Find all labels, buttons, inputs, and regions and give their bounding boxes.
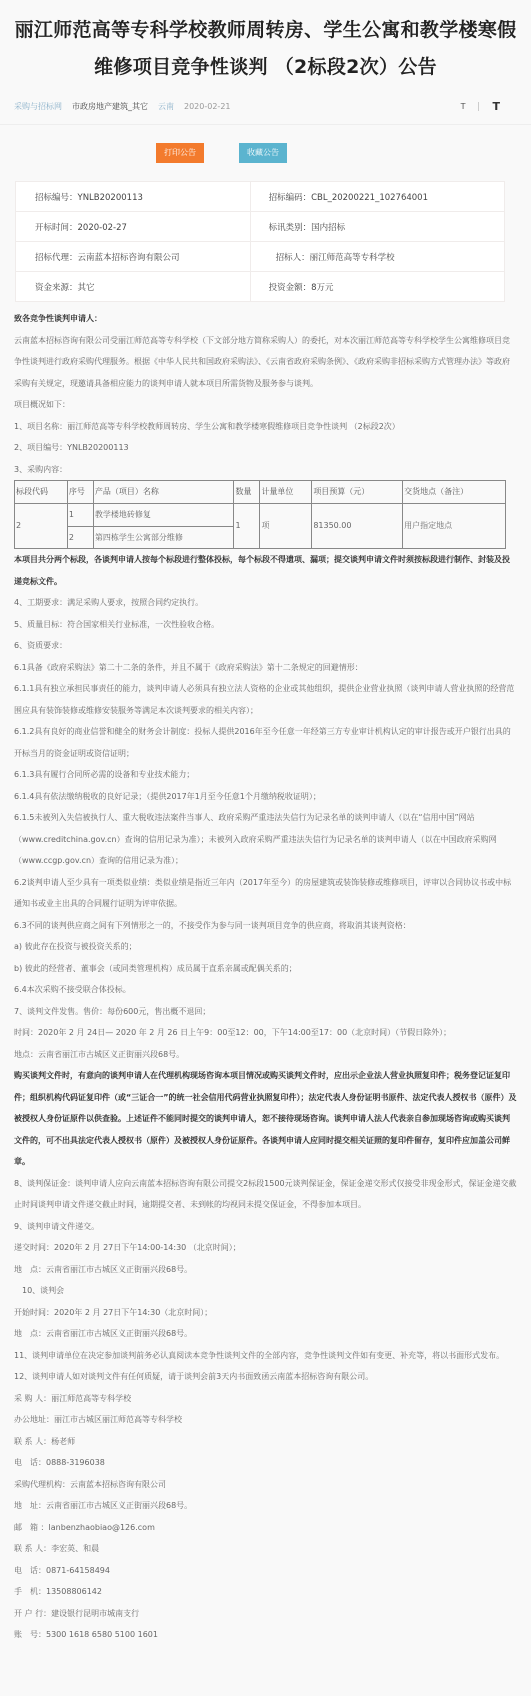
qualification-6-1-2: 6.1.2具有良好的商业信誉和健全的财务会计制度：投标人提供2016年至今任意一…	[14, 721, 517, 764]
tenderer: 招标人：丽江师范高等专科学校	[250, 242, 504, 272]
location-cell: 用户指定地点	[403, 504, 506, 549]
project-name: 1、项目名称：丽江师范高等专科学校教师周转房、学生公寓和教学楼寒假维修项目竞争性…	[14, 416, 517, 438]
meeting-time: 开始时间：2020年 2 月 27日下午14:30（北京时间）；	[14, 1302, 517, 1324]
page-title: 丽江师范高等专科学校教师周转房、学生公寓和教学楼寒假维修项目竞争性谈判 （2标段…	[14, 0, 517, 86]
purchaser: 采 购 人：丽江师范高等专科学校	[14, 1388, 517, 1410]
procurement-table: 标段代码 序号 产品（项目）名称 数量 计量单位 项目预算（元） 交货地点（备注…	[14, 480, 506, 549]
column-header: 序号	[67, 481, 93, 504]
submission-place: 地 点：云南省丽江市古城区义正街丽兴段68号。	[14, 1259, 517, 1281]
bid-type: 标讯类别：国内招标	[250, 212, 504, 242]
bid-number: 招标编号：YNLB20200113	[16, 182, 251, 212]
notice-12: 12、谈判申请人如对谈判文件有任何质疑，请于谈判会前3天内书面致函云南蓝本招标咨…	[14, 1366, 517, 1388]
favorite-button[interactable]: 收藏公告	[239, 143, 287, 163]
project-number: 2、项目编号：YNLB20200113	[14, 437, 517, 459]
print-button[interactable]: 打印公告	[156, 143, 204, 163]
table-row: 2 1 教学楼地砖修复 1 项 81350.00 用户指定地点	[15, 504, 506, 527]
qualification-6-1: 6.1具备《政府采购法》第二十二条的条件，并且不属于《政府采购法》第十二条规定的…	[14, 657, 517, 679]
fund-source: 资金来源：其它	[16, 272, 251, 302]
category-label[interactable]: 市政房地产建筑_其它	[72, 101, 148, 112]
qualification-6-1-3: 6.1.3具有履行合同所必需的设备和专业技术能力；	[14, 764, 517, 786]
office-address: 办公地址：丽江市古城区丽江师范高等专科学校	[14, 1409, 517, 1431]
column-header: 产品（项目）名称	[93, 481, 234, 504]
sale-time: 时间：2020年 2 月 24日— 2020 年 2 月 26 日上午9：00至…	[14, 1022, 517, 1044]
publish-date: 2020-02-21	[184, 102, 231, 111]
item-name-cell: 教学楼地砖修复	[93, 504, 234, 527]
font-small-icon[interactable]: T	[458, 102, 469, 111]
greeting: 致各竞争性谈判申请人：	[14, 308, 517, 330]
unit-cell: 项	[260, 504, 312, 549]
agency-contact: 联 系 人：李宏英、和晨	[14, 1538, 517, 1560]
submission-heading: 9、谈判申请文件递交。	[14, 1216, 517, 1238]
qualification-6-4: 6.4本次采购不接受联合体投标。	[14, 979, 517, 1001]
bid-code: 招标编码：CBL_20200221_102764001	[250, 182, 504, 212]
quality-target: 5、质量目标：符合国家相关行业标准，一次性验收合格。	[14, 614, 517, 636]
deposit: 8、谈判保证金：谈判申请人应向云南蓝本招标咨询有限公司提交2标段1500元谈判保…	[14, 1173, 517, 1216]
intro-paragraph: 云南蓝本招标咨询有限公司受丽江师范高等专科学校（下文部分地方简称采购人）的委托，…	[14, 330, 517, 395]
document-sale: 7、谈判文件发售。售价：每份600元，售出概不退回；	[14, 1001, 517, 1023]
account-number: 账 号：5300 1618 6580 5100 1601	[14, 1624, 517, 1646]
font-size-tools: T T	[458, 100, 513, 113]
quantity-cell: 1	[234, 504, 260, 549]
qualification-6-3: 6.3不同的谈判供应商之间有下列情形之一的，不接受作为参与同一谈判项目竞争的供应…	[14, 915, 517, 937]
column-header: 标段代码	[15, 481, 68, 504]
table-row: 招标代理：云南蓝本招标咨询有限公司 招标人：丽江师范高等专科学校	[16, 242, 505, 272]
qualification-6-3-b: b) 彼此的经营者、董事会（或同类管理机构）成员属于直系亲属或配偶关系的；	[14, 958, 517, 980]
meeting-heading: 10、谈判会	[14, 1280, 517, 1302]
submission-time: 递交时间：2020年 2 月 27日下午14:00-14:30 （北京时间）；	[14, 1237, 517, 1259]
section-note: 本项目共分两个标段，各谈判申请人按每个标段进行整体投标，每个标段不得遗项、漏项；…	[14, 549, 517, 592]
divider	[478, 102, 479, 111]
table-row: 资金来源：其它 投资金额：8万元	[16, 272, 505, 302]
purchaser-contact: 联 系 人：杨老师	[14, 1431, 517, 1453]
purchaser-phone: 电 话：0888-3196038	[14, 1452, 517, 1474]
qualification-6-1-1: 6.1.1具有独立承担民事责任的能力，谈判申请人必须具有独立法人资格的企业或其他…	[14, 678, 517, 721]
schedule-requirement: 4、工期要求：满足采购人要求，按照合同约定执行。	[14, 592, 517, 614]
table-row: 开标时间：2020-02-27 标讯类别：国内招标	[16, 212, 505, 242]
qualification-6-2: 6.2谈判申请人至少具有一项类似业绩：类似业绩是指近三年内（2017年至今）的房…	[14, 872, 517, 915]
column-header: 交货地点（备注）	[403, 481, 506, 504]
action-bar: 打印公告 收藏公告	[14, 125, 517, 181]
qualification-6-3-a: a) 彼此存在投资与被投资关系的；	[14, 936, 517, 958]
seq-cell: 1	[67, 504, 93, 527]
section-code-cell: 2	[15, 504, 68, 549]
qualification-heading: 6、资质要求：	[14, 635, 517, 657]
qualification-6-1-5: 6.1.5未被列入失信被执行人、重大税收违法案件当事人、政府采购严重违法失信行为…	[14, 807, 517, 872]
agency: 采购代理机构：云南蓝本招标咨询有限公司	[14, 1474, 517, 1496]
open-time: 开标时间：2020-02-27	[16, 212, 251, 242]
region-link[interactable]: 云南	[158, 101, 174, 112]
sale-place: 地点：云南省丽江市古城区义正街丽兴段68号。	[14, 1044, 517, 1066]
budget-cell: 81350.00	[312, 504, 403, 549]
seq-cell: 2	[67, 526, 93, 549]
column-header: 项目预算（元）	[312, 481, 403, 504]
agency-address: 地 址：云南省丽江市古城区义正街丽兴段68号。	[14, 1495, 517, 1517]
purchase-note: 购买谈判文件时，有意向的谈判申请人在代理机构现场咨询本项目情况或购买谈判文件时，…	[14, 1065, 517, 1173]
agency-mobile: 手 机：13508806142	[14, 1581, 517, 1603]
announcement-body: 致各竞争性谈判申请人： 云南蓝本招标咨询有限公司受丽江师范高等专科学校（下文部分…	[14, 302, 517, 1646]
source-site-link[interactable]: 采购与招标网	[14, 101, 62, 112]
bid-info-table: 招标编号：YNLB20200113 招标编码：CBL_20200221_1027…	[15, 181, 505, 302]
table-header-row: 标段代码 序号 产品（项目）名称 数量 计量单位 项目预算（元） 交货地点（备注…	[15, 481, 506, 504]
column-header: 计量单位	[260, 481, 312, 504]
column-header: 数量	[234, 481, 260, 504]
announcement-page: 丽江师范高等专科学校教师周转房、学生公寓和教学楼寒假维修项目竞争性谈判 （2标段…	[0, 0, 531, 1646]
overview-heading: 项目概况如下：	[14, 394, 517, 416]
bank: 开 户 行：建设银行昆明市城南支行	[14, 1603, 517, 1625]
investment-amount: 投资金额：8万元	[250, 272, 504, 302]
table-row: 招标编号：YNLB20200113 招标编码：CBL_20200221_1027…	[16, 182, 505, 212]
meeting-place: 地 点：云南省丽江市古城区义正街丽兴段68号。	[14, 1323, 517, 1345]
agency-email: 邮 箱 ：lanbenzhaobiao@126.com	[14, 1517, 517, 1539]
meta-bar: 采购与招标网 市政房地产建筑_其它 云南 2020-02-21 T T	[14, 88, 517, 124]
qualification-6-1-4: 6.1.4具有依法缴纳税收的良好记录；（提供2017年1月至今任意1个月缴纳税收…	[14, 786, 517, 808]
procurement-content-heading: 3、采购内容：	[14, 459, 517, 481]
agent: 招标代理：云南蓝本招标咨询有限公司	[16, 242, 251, 272]
notice-11: 11、谈判申请单位在决定参加谈判前务必认真阅读本竞争性谈判文件的全部内容，竞争性…	[14, 1345, 517, 1367]
agency-phone: 电 话：0871-64158494	[14, 1560, 517, 1582]
font-large-icon[interactable]: T	[489, 100, 503, 113]
item-name-cell: 第四栋学生公寓部分维修	[93, 526, 234, 549]
